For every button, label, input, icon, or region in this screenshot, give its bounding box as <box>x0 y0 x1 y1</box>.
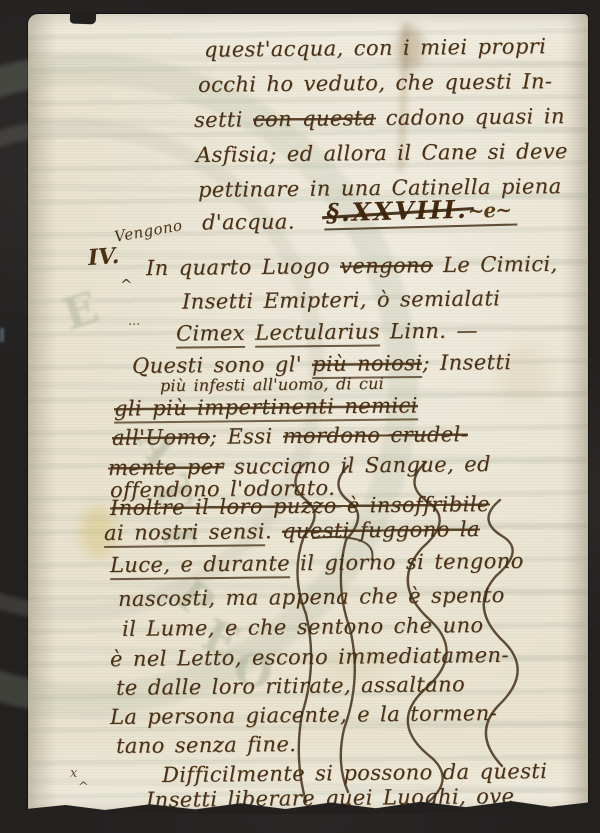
margin-x-mark: x <box>70 766 77 781</box>
underlined-text: Lectularius <box>255 319 380 347</box>
manuscript-line: pettinare in una Catinella piena <box>198 174 562 202</box>
manuscript-line: nascosti, ma appena che è spento <box>118 583 505 611</box>
manuscript-line: In quarto Luogo vengono Le Cimici, <box>146 252 558 280</box>
underlined-text: ai nostri sensi <box>104 519 265 548</box>
manuscript-line: tano senza fine. <box>116 732 297 758</box>
text-segment: te dalle loro ritirate, assaltano <box>116 672 465 700</box>
text-segment: Difficilmente si possono da questi <box>162 759 548 787</box>
text-segment: d'acqua. <box>202 210 295 235</box>
text-segment: è nel Letto, escono immediatamen- <box>110 643 509 671</box>
text-segment: tano senza fine. <box>116 732 297 758</box>
photo-background: { "colors":{ "background":"#232120", "pa… <box>0 0 600 833</box>
text-segment: Linn. — <box>380 318 478 343</box>
text-segment: il giorno si tengono <box>290 549 524 575</box>
margin-correction-word: Vengono <box>113 216 184 246</box>
struck-text: mordono crudel- <box>283 422 469 448</box>
manuscript-line: gli più impertinenti nemici <box>114 393 418 420</box>
text-segment: Asfisia; ed allora il Cane si deve <box>196 139 568 167</box>
manuscript-line: Asfisia; ed allora il Cane si deve <box>196 139 568 167</box>
text-segment: nascosti, ma appena che è spento <box>118 583 505 611</box>
manuscript-line: all'Uomo; Essi mordono crudel- <box>112 422 468 450</box>
manuscript-line: Difficilmente si possono da questi <box>162 759 548 787</box>
margin-dots-mark: ... <box>128 314 140 329</box>
manuscript-line: Inoltre il loro puzzo è insoffribile <box>110 492 490 520</box>
manuscript-line: La persona giacente, e la tormen- <box>110 701 497 729</box>
manuscript-line: il Lume, e che sentono che uno <box>122 613 484 641</box>
scanner-edge-glint <box>0 328 4 342</box>
manuscript-page: EATIPEO §.XXVIII.~e~ Vengono IV. ^ ... x… <box>28 14 588 812</box>
manuscript-line: te dalle loro ritirate, assaltano <box>116 672 465 700</box>
manuscript-line: è nel Letto, escono immediatamen- <box>110 643 509 671</box>
struck-text: Inoltre il loro puzzo è insoffribile <box>110 492 490 520</box>
manuscript-line: Cimex Lectularius Linn. — <box>176 318 478 345</box>
text-segment: più infesti all'uomo, di cui <box>160 374 384 395</box>
manuscript-line: occhi ho veduto, che questi In- <box>198 69 553 97</box>
struck-underlined-text: gli più impertinenti nemici <box>114 393 418 423</box>
margin-caret-mark: ^ <box>78 780 89 795</box>
text-segment: Le Cimici, <box>433 252 558 277</box>
text-segment: succiano il Sangue, ed <box>224 452 491 479</box>
text-segment: setti <box>194 107 253 132</box>
text-segment: . <box>265 519 282 543</box>
manuscript-line: Insetti Emipteri, ò semialati <box>182 286 501 313</box>
text-segment: pettinare in una Catinella piena <box>198 174 562 202</box>
text-segment: cadono quasi in <box>375 104 564 130</box>
text-segment: Insetti Emipteri, ò semialati <box>182 286 501 313</box>
text-segment: il Lume, e che sentono che uno <box>122 613 484 641</box>
margin-roman-numeral: IV. <box>87 243 120 271</box>
underlined-text: Luce, e durante <box>110 551 290 580</box>
struck-text: vengono <box>340 253 433 278</box>
manuscript-line: ai nostri sensi. questi fuggono la <box>104 517 480 545</box>
stamp-letter-fragment: E <box>57 282 105 341</box>
manuscript-line: quest'acqua, con i miei propri <box>204 34 547 62</box>
manuscript-line: Luce, e durante il giorno si tengono <box>110 549 524 577</box>
manuscript-line: setti con questa cadono quasi in <box>194 104 565 132</box>
manuscript-line: più infesti all'uomo, di cui <box>160 375 384 396</box>
text-segment: occhi ho veduto, che questi In- <box>198 69 553 97</box>
struck-text: all'Uomo <box>112 425 210 450</box>
section-number-struck: §.XXVIII. <box>326 197 468 226</box>
text-segment: ; Essi <box>210 424 283 449</box>
text-segment: La persona giacente, e la tormen- <box>110 701 497 729</box>
text-segment: quest'acqua, con i miei propri <box>204 34 547 62</box>
underlined-text: Cimex <box>176 321 245 349</box>
struck-text: questi fuggono la <box>282 517 480 543</box>
heading-flourish: ~e~ <box>467 198 511 223</box>
text-segment: ; Insetti <box>422 350 511 375</box>
struck-text: con questa <box>253 106 376 131</box>
margin-insert-caret: ^ <box>120 276 133 294</box>
top-edge-notch <box>70 11 96 25</box>
text-segment <box>245 321 255 345</box>
manuscript-line: d'acqua. <box>202 210 295 235</box>
section-heading: §.XXVIII.~e~ <box>324 195 518 230</box>
text-segment: In quarto Luogo <box>146 254 340 280</box>
